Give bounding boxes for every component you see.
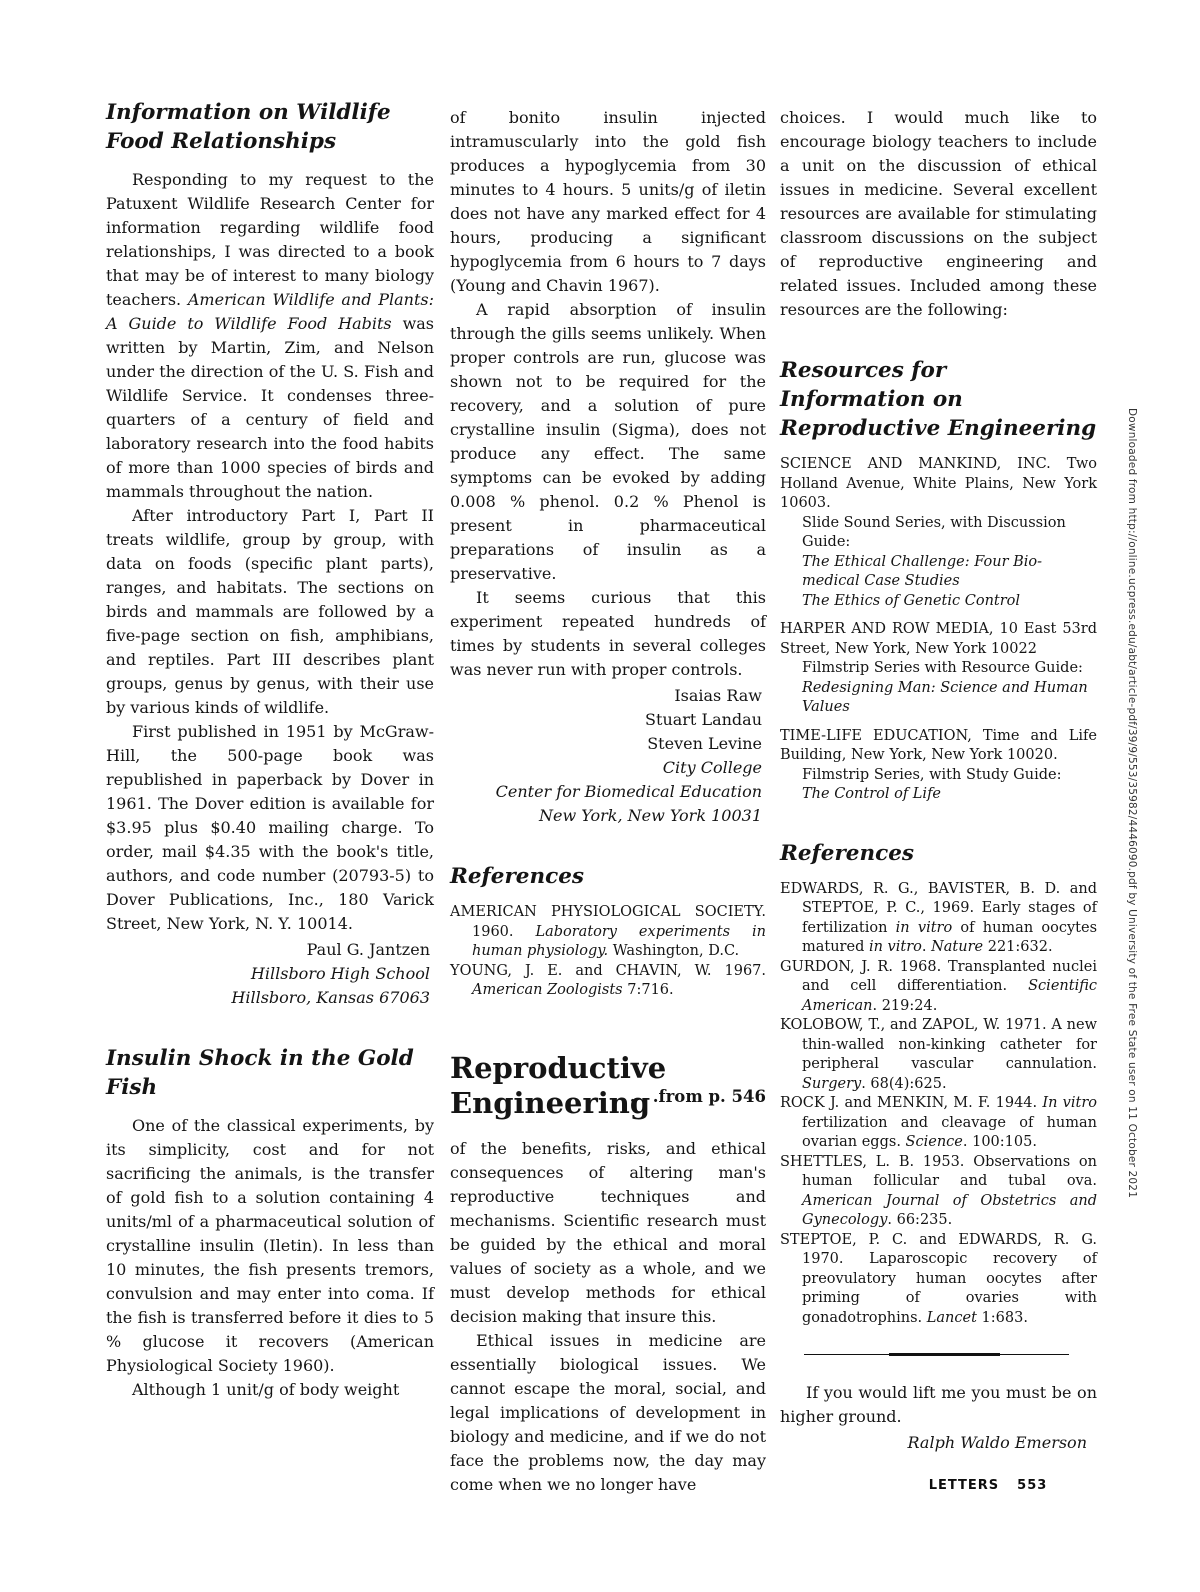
resource-sub-line: Filmstrip Series with Resource Guide:: [780, 659, 1097, 679]
paragraph: A rapid absorption of insulin through th…: [450, 298, 766, 586]
paragraph: of bonito insulin injected intramuscular…: [450, 106, 766, 298]
resource-sub-line: The Ethical Challenge: Four Bio-medical …: [780, 553, 1097, 592]
paragraph: Ethical issues in medicine are essential…: [450, 1329, 766, 1497]
resource-sub-line: The Control of Life: [780, 785, 1097, 805]
resource-head: SCIENCE AND MANKIND, INC. Two Holland Av…: [780, 455, 1097, 514]
signature-line: Paul G. Jantzen: [106, 938, 430, 962]
resource-head: HARPER AND ROW MEDIA, 10 East 53rd Stree…: [780, 620, 1097, 659]
signature-jantzen: Paul G. JantzenHillsboro High SchoolHill…: [106, 938, 434, 1010]
reference-entry: STEPTOE, P. C. and EDWARDS, R. G. 1970. …: [780, 1231, 1097, 1329]
reference-entry: SHETTLES, L. B. 1953. Observations on hu…: [780, 1153, 1097, 1231]
footer-page-number: 553: [1017, 1478, 1047, 1493]
article-title-reproductive-engineering: Reproductive Engineering. . .from p. 546: [450, 1051, 766, 1121]
resource-sub-line: The Ethics of Genetic Control: [780, 592, 1097, 612]
column-1: Information on Wildlife Food Relationshi…: [106, 98, 434, 1402]
signature-line: Steven Levine: [450, 732, 762, 756]
reference-entry: YOUNG, J. E. and CHAVIN, W. 1967. Americ…: [450, 962, 766, 1001]
resource-sub-line: Slide Sound Series, with Discussion Guid…: [780, 514, 1097, 553]
references-heading: References: [450, 862, 766, 891]
resource-time-life: TIME-LIFE EDUCATION, Time and Life Build…: [780, 727, 1097, 805]
paragraph: choices. I would much like to encourage …: [780, 106, 1097, 322]
paragraph: Although 1 unit/g of body weight: [106, 1378, 434, 1402]
resource-sub-line: Filmstrip Series, with Study Guide:: [780, 766, 1097, 786]
reference-entry: AMERICAN PHYSIOLOGICAL SOCIETY. 1960. La…: [450, 903, 766, 962]
signature-line: Center for Biomedical Education: [450, 780, 762, 804]
resource-head: TIME-LIFE EDUCATION, Time and Life Build…: [780, 727, 1097, 766]
resource-harper-and-row: HARPER AND ROW MEDIA, 10 East 53rd Stree…: [780, 620, 1097, 718]
paragraph: Responding to my request to the Patuxent…: [106, 168, 434, 504]
paragraph: After introductory Part I, Part II treat…: [106, 504, 434, 720]
column-2: of bonito insulin injected intramuscular…: [450, 106, 766, 1497]
spacer: [780, 1357, 1097, 1381]
paragraph: First published in 1951 by McGraw-Hill, …: [106, 720, 434, 936]
spacer: [780, 1328, 1097, 1352]
signature-raw-landau-levine: Isaias RawStuart LandauSteven LevineCity…: [450, 684, 766, 828]
signature-line: Hillsboro, Kansas 67063: [106, 986, 430, 1010]
quote-text: If you would lift me you must be on high…: [780, 1381, 1097, 1429]
page-footer: LETTERS553: [900, 1478, 1076, 1493]
spacer: [450, 1001, 766, 1025]
section-divider: [804, 1352, 1069, 1357]
resource-sub-line: Redesigning Man: Science and Human Value…: [780, 679, 1097, 718]
paragraph: of the benefits, risks, and ethical cons…: [450, 1137, 766, 1329]
letter-title-insulin-shock: Insulin Shock in the Gold Fish: [106, 1044, 434, 1102]
resources-heading: Resources for Information on Reproductiv…: [780, 356, 1097, 443]
references-heading: References: [780, 839, 1097, 868]
paragraph: It seems curious that this experiment re…: [450, 586, 766, 682]
footer-section-label: LETTERS: [929, 1478, 999, 1493]
divider-line: [889, 1353, 1000, 1356]
emerson-quote: If you would lift me you must be on high…: [780, 1381, 1097, 1455]
signature-line: Hillsboro High School: [106, 962, 430, 986]
reference-entry: ROCK J. and MENKIN, M. F. 1944. In vitro…: [780, 1094, 1097, 1153]
signature-line: Isaias Raw: [450, 684, 762, 708]
signature-line: New York, New York 10031: [450, 804, 762, 828]
reference-entry: GURDON, J. R. 1968. Transplanted nuclei …: [780, 958, 1097, 1017]
column-3: choices. I would much like to encourage …: [780, 106, 1097, 1455]
letter-title-wildlife-food: Information on Wildlife Food Relationshi…: [106, 98, 434, 156]
continued-from-label: . . .from p. 546: [630, 1079, 766, 1114]
reference-entry: KOLOBOW, T., and ZAPOL, W. 1971. A new t…: [780, 1016, 1097, 1094]
download-watermark: Downloaded from http://online.ucpress.ed…: [1126, 408, 1138, 1250]
signature-line: Stuart Landau: [450, 708, 762, 732]
reference-entry: EDWARDS, R. G., BAVISTER, B. D. and STEP…: [780, 880, 1097, 958]
signature-line: City College: [450, 756, 762, 780]
quote-attribution: Ralph Waldo Emerson: [780, 1431, 1097, 1455]
paragraph: One of the classical experiments, by its…: [106, 1114, 434, 1378]
resource-science-and-mankind: SCIENCE AND MANKIND, INC. Two Holland Av…: [780, 455, 1097, 611]
